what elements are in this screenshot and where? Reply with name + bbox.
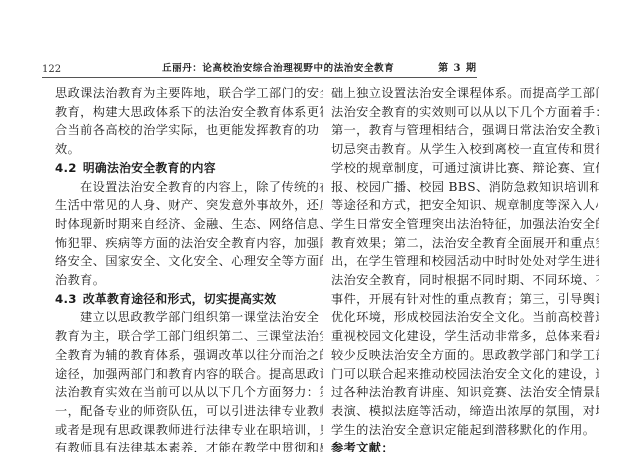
page-number: 122 bbox=[42, 61, 61, 78]
body-line: 在设置法治安全教育的内容上，除了传统的在 bbox=[55, 178, 323, 197]
body-line: 法治安全教育，同时根据不同时期、不同环境、不同 bbox=[331, 271, 599, 290]
section-heading-4-2: 4.2明确法治安全教育的内容 bbox=[55, 159, 323, 178]
section-title: 改革教育途径和形式，切实提高实效 bbox=[83, 292, 277, 306]
body-line: 出，在学生管理和校园活动中时时处处对学生进行 bbox=[331, 252, 599, 271]
body-line: 切忌突击教育。从学生入校到离校一直宣传和贯彻 bbox=[331, 140, 599, 159]
body-line: 教育，构建大思政体系下的法治安全教育体系更符 bbox=[55, 103, 323, 122]
references-heading: 参考文献： bbox=[331, 439, 599, 452]
body-line: 时体现新时期来自经济、金融、生态、网络信息、恐 bbox=[55, 215, 323, 234]
body-line: 法治安全教育的实效则可以从以下几个方面着手： bbox=[331, 103, 599, 122]
body-line: 优化环境，形成校园法治安全文化。当前高校普遍 bbox=[331, 308, 599, 327]
body-line: 教育效果；第二，法治安全教育全面展开和重点突 bbox=[331, 234, 599, 253]
body-line: 建立以思政教学部门组织第一课堂法治安全 bbox=[55, 308, 323, 327]
left-column: 思政课法治教育为主要阵地，联合学工部门的安全 教育，构建大思政体系下的法治安全教… bbox=[55, 84, 323, 452]
body-line: 门可以联合起来推动校园法治安全文化的建设，通 bbox=[331, 365, 599, 384]
page-header: 122 丘丽丹：论高校治安综合治理视野中的法治安全教育 第 3 期 bbox=[42, 60, 477, 78]
body-line: 等途径和方式，把安全知识、规章制度等深入人心， bbox=[331, 196, 599, 215]
body-line: 事件，开展有针对性的重点教育；第三，引导舆论、 bbox=[331, 290, 599, 309]
section-title: 明确法治安全教育的内容 bbox=[83, 161, 216, 175]
body-line: 较少反映法治安全方面的。思政教学部门和学工部 bbox=[331, 346, 599, 365]
body-line: 学生日常安全管理突出法治特征，加强法治安全的 bbox=[331, 215, 599, 234]
body-line: 础上独立设置法治安全课程体系。而提高学工部门 bbox=[331, 84, 599, 103]
body-line: 合当前各高校的治学实际，也更能发挥教育的功 bbox=[55, 121, 323, 140]
body-line: 法治教育实效在当前可以从以下几个方面努力：第 bbox=[55, 383, 323, 402]
issue-number: 第 3 期 bbox=[438, 60, 477, 77]
body-line: 效。 bbox=[55, 140, 323, 159]
body-line: 怖犯罪、疾病等方面的法治安全教育内容，加强网 bbox=[55, 234, 323, 253]
body-line: 报、校园广播、校园 BBS、消防急救知识培训和演练 bbox=[331, 178, 599, 197]
body-line: 全教育为辅的教育体系，强调改革以往分而治之的 bbox=[55, 346, 323, 365]
body-line: 重视校园文化建设，学生活动非常多，总体来看却 bbox=[331, 327, 599, 346]
section-number: 4.3 bbox=[55, 292, 77, 306]
right-column: 础上独立设置法治安全课程体系。而提高学工部门 法治安全教育的实效则可以从以下几个… bbox=[331, 84, 599, 452]
body-line: 学校的规章制度，可通过演讲比赛、辩论赛、宣传板 bbox=[331, 159, 599, 178]
body-line: 治教育。 bbox=[55, 271, 323, 290]
body-line: 学生的法治安全意识定能起到潜移默化的作用。 bbox=[331, 421, 599, 440]
body-line: 络安全、国家安全、文化安全、心理安全等方面的法 bbox=[55, 252, 323, 271]
section-number: 4.2 bbox=[55, 161, 77, 175]
body-line: 途径，加强两部门和教育内容的联合。提高思政课 bbox=[55, 365, 323, 384]
body-line: 教育为主，联合学工部门组织第二、三课堂法治安 bbox=[55, 327, 323, 346]
body-line: 第一，教育与管理相结合，强调日常法治安全教育， bbox=[331, 121, 599, 140]
body-line: 一，配备专业的师资队伍，可以引进法律专业教师， bbox=[55, 402, 323, 421]
body-line: 生活中常见的人身、财产、突发意外事故外，还应及 bbox=[55, 196, 323, 215]
body-line: 思政课法治教育为主要阵地，联合学工部门的安全 bbox=[55, 84, 323, 103]
body-line: 有教师具有法律基本素养，才能在教学中贯彻和感 bbox=[55, 439, 323, 452]
body-line: 或者是现有思政课教师进行法律专业在职培训，只 bbox=[55, 421, 323, 440]
body-line: 过各种法治教育讲座、知识竞赛、法治安全情景剧 bbox=[331, 383, 599, 402]
body-line: 表演、模拟法庭等活动，缔造出浓厚的氛围，对增强 bbox=[331, 402, 599, 421]
running-title: 丘丽丹：论高校治安综合治理视野中的法治安全教育 bbox=[162, 60, 394, 77]
section-heading-4-3: 4.3改革教育途径和形式，切实提高实效 bbox=[55, 290, 323, 309]
